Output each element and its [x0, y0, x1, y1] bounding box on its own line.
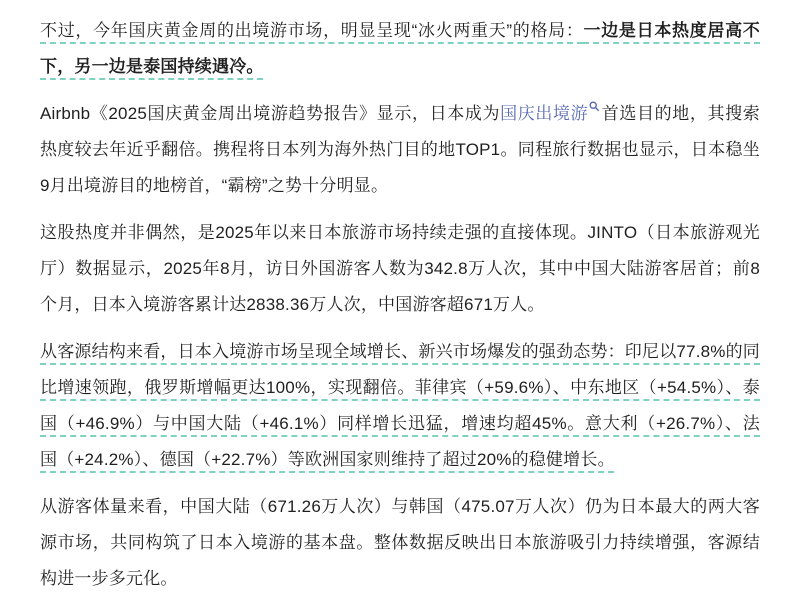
text-segment: 从客源结构来看，日本入境游市场呈现全域增长、新兴市场爆发的强劲态势：印尼以77.… [40, 342, 760, 469]
search-icon[interactable] [589, 101, 600, 112]
paragraph: 从客源结构来看，日本入境游市场呈现全域增长、新兴市场爆发的强劲态势：印尼以77.… [40, 334, 760, 478]
paragraph: 不过，今年国庆黄金周的出境游市场，明显呈现“冰火两重天”的格局：一边是日本热度居… [40, 13, 760, 85]
paragraph: 从游客体量来看，中国大陆（671.26万人次）与韩国（475.07万人次）仍为日… [40, 489, 760, 597]
paragraph: Airbnb《2025国庆黄金周出境游趋势报告》显示，日本成为国庆出境游首选目的… [40, 96, 760, 204]
text-segment: 从游客体量来看，中国大陆（671.26万人次）与韩国（475.07万人次）仍为日… [40, 497, 760, 588]
text-segment: 不过，今年国庆黄金周的出境游市场，明显呈现“冰火两重天”的格局： [40, 21, 584, 40]
text-segment: 这股热度并非偶然，是2025年以来日本旅游市场持续走强的直接体现。JINTO（日… [40, 223, 760, 314]
page: { "colors": { "text": "#1f1f1f", "underl… [0, 0, 800, 614]
article-body: 不过，今年国庆黄金周的出境游市场，明显呈现“冰火两重天”的格局：一边是日本热度居… [0, 0, 800, 597]
paragraph: 这股热度并非偶然，是2025年以来日本旅游市场持续走强的直接体现。JINTO（日… [40, 215, 760, 323]
entity-link[interactable]: 国庆出境游 [500, 104, 588, 123]
text-segment: Airbnb《2025国庆黄金周出境游趋势报告》显示，日本成为 [40, 104, 500, 123]
